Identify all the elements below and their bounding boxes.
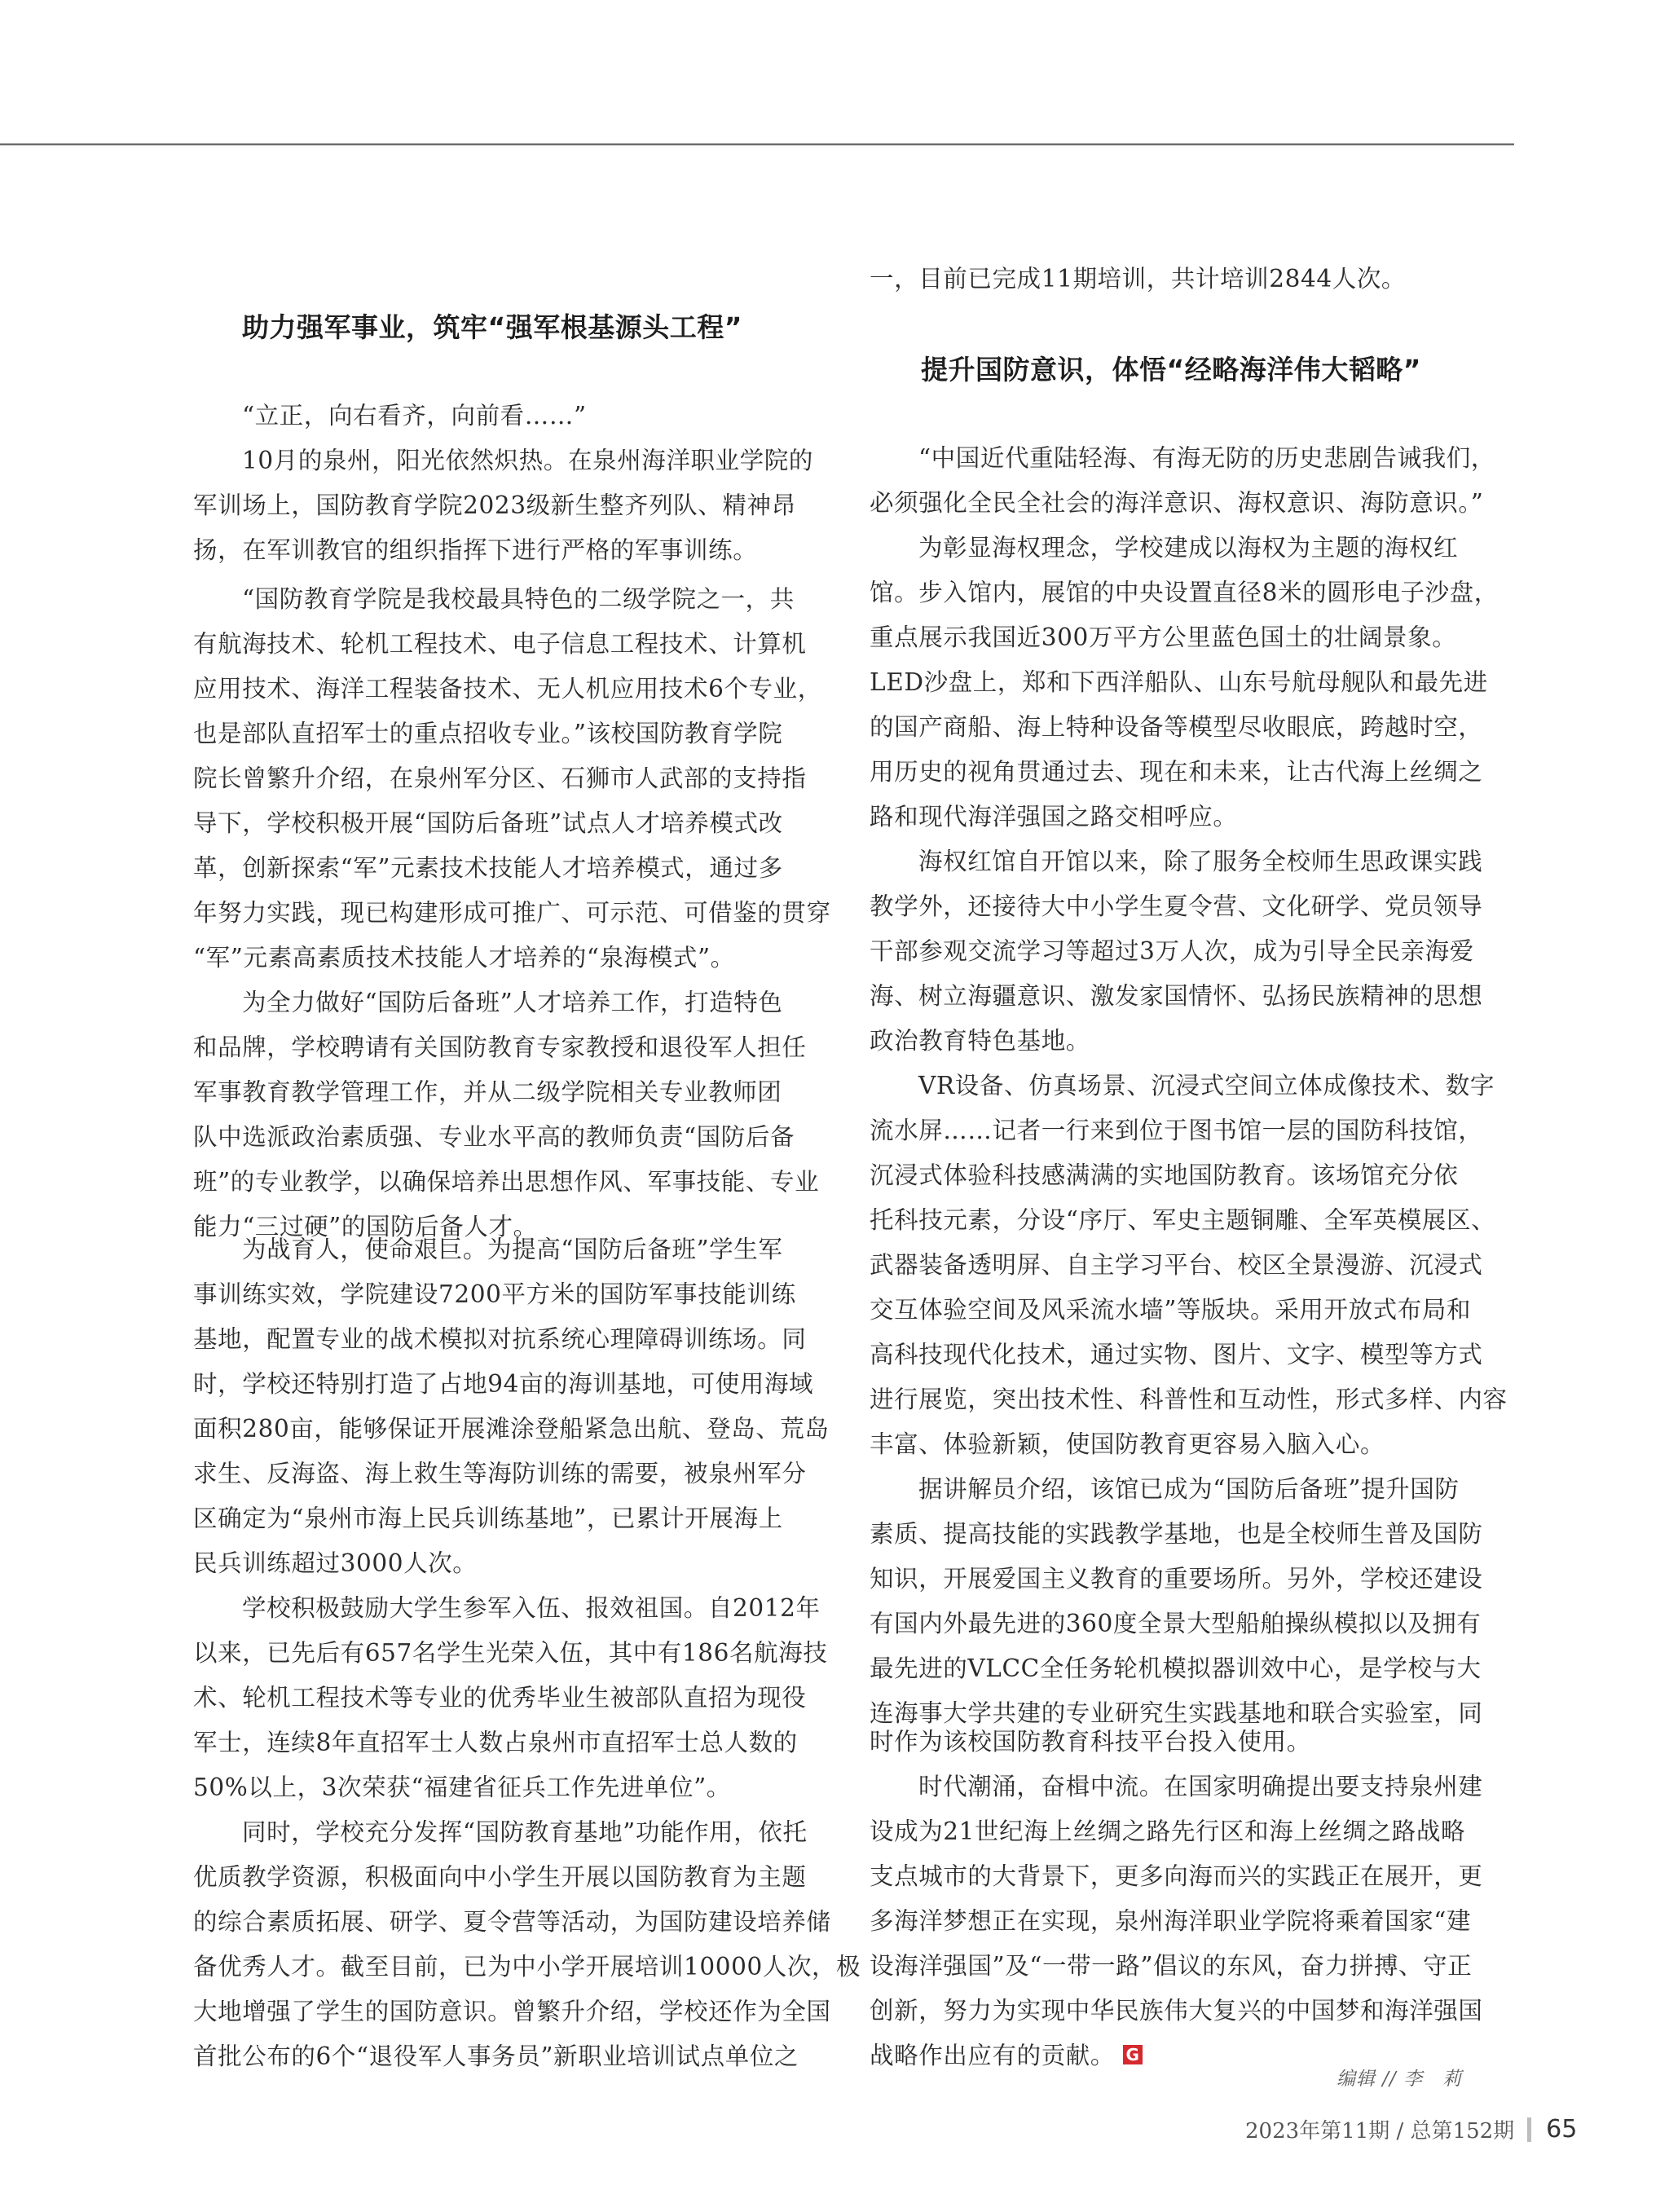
body-line: 术、轮机工程技术等专业的优秀毕业生被部队直招为现役 — [193, 1681, 807, 1714]
body-line: 交互体验空间及风采流水墙”等版块。采用开放式布局和 — [870, 1293, 1471, 1326]
body-line: 首批公布的6个“退役军人事务员”新职业培训试点单位之 — [193, 2040, 799, 2073]
body-line: 馆。步入馆内，展馆的中央设置直径8米的圆形电子沙盘， — [870, 576, 1499, 609]
body-line: 基地，配置专业的战术模拟对抗系统心理障碍训练场。同 — [193, 1323, 807, 1355]
body-line: 设成为21世纪海上丝绸之路先行区和海上丝绸之路战略 — [870, 1815, 1465, 1848]
body-line: 武器装备透明屏、自主学习平台、校区全景漫游、沉浸式 — [870, 1249, 1483, 1281]
body-line: 队中选派政治素质强、专业水平高的教师负责“国防后备 — [193, 1121, 795, 1153]
body-line: 事训练实效，学院建设7200平方米的国防军事技能训练 — [193, 1278, 796, 1311]
body-line: 的综合素质拓展、研学、夏令营等活动，为国防建设培养储 — [193, 1906, 831, 1938]
body-line: 重点展示我国近300万平方公里蓝色国土的壮阔景象。 — [870, 621, 1456, 654]
body-line: 海、树立海疆意识、激发家国情怀、弘扬民族精神的思想 — [870, 980, 1483, 1012]
body-line: “国防教育学院是我校最具特色的二级学院之一，共 — [193, 583, 795, 615]
article-end-mark-icon: G — [1123, 2045, 1143, 2064]
closing-line: 战略作出应有的贡献。G — [870, 2039, 1143, 2072]
body-line: 以来，已先后有657名学生光荣入伍，其中有186名航海技 — [193, 1637, 827, 1669]
body-line: 干部参观交流学习等超过3万人次，成为引导全民亲海爱 — [870, 935, 1474, 967]
body-line: VR设备、仿真场景、沉浸式空间立体成像技术、数字 — [870, 1069, 1495, 1102]
body-line: 和品牌，学校聘请有关国防教育专家教授和退役军人担任 — [193, 1031, 807, 1064]
body-line: 年努力实践，现已构建形成可推广、可示范、可借鉴的贯穿 — [193, 897, 831, 929]
body-line: “军”元素高素质技术技能人才培养的“泉海模式”。 — [193, 941, 735, 974]
body-line: “立正，向右看齐，向前看……” — [193, 399, 587, 432]
body-line: 为全力做好“国防后备班”人才培养工作，打造特色 — [193, 986, 782, 1019]
header-rule — [0, 143, 1514, 145]
body-line: 应用技术、海洋工程装备技术、无人机应用技术6个专业， — [193, 672, 822, 705]
editor-credit: 编辑 // 李 莉 — [1337, 2064, 1462, 2091]
body-line: 革，创新探索“军”元素技术技能人才培养模式，通过多 — [193, 852, 783, 884]
body-line: 海权红馆自开馆以来，除了服务全校师生思政课实践 — [870, 845, 1482, 878]
body-line: 有航海技术、轮机工程技术、电子信息工程技术、计算机 — [193, 628, 807, 660]
body-line: 支点城市的大背景下，更多向海而兴的实践正在展开，更 — [870, 1860, 1483, 1893]
body-line: 时，学校还特别打造了占地94亩的海训基地，可使用海域 — [193, 1368, 813, 1400]
body-line: 路和现代海洋强国之路交相呼应。 — [870, 800, 1238, 833]
body-line: 政治教育特色基地。 — [870, 1024, 1090, 1057]
body-line: 据讲解员介绍，该馆已成为“国防后备班”提升国防 — [870, 1473, 1459, 1505]
body-line: 知识，开展爱国主义教育的重要场所。另外，学校还建设 — [870, 1562, 1483, 1595]
body-line: 院长曾繁升介绍，在泉州军分区、石狮市人武部的支持指 — [193, 762, 807, 795]
body-line: 学校积极鼓励大学生参军入伍、报效祖国。自2012年 — [193, 1592, 821, 1624]
body-line: 有国内外最先进的360度全景大型船舶操纵模拟以及拥有 — [870, 1607, 1481, 1640]
body-line: 50%以上，3次荣获“福建省征兵工作先进单位”。 — [193, 1771, 731, 1804]
body-line: 也是部队直招军士的重点招收专业。”该校国防教育学院 — [193, 717, 782, 750]
body-line: 为战育人，使命艰巨。为提高“国防后备班”学生军 — [193, 1233, 782, 1266]
body-line: 必须强化全民全社会的海洋意识、海权意识、海防意识。” — [870, 487, 1483, 519]
body-line: 进行展览，突出技术性、科普性和互动性，形式多样、内容 — [870, 1383, 1508, 1416]
body-line: 连海事大学共建的专业研究生实践基地和联合实验室，同 — [870, 1697, 1483, 1730]
body-line: 求生、反海盗、海上救生等海防训练的需要，被泉州军分 — [193, 1457, 807, 1490]
body-line: 托科技元素，分设“序厅、军史主题铜雕、全军英模展区、 — [870, 1204, 1495, 1236]
body-line: 素质、提高技能的实践教学基地，也是全校师生普及国防 — [870, 1518, 1483, 1550]
page-number: 65 — [1546, 2115, 1577, 2144]
footer-separator — [1527, 2117, 1531, 2142]
body-line: 导下，学校积极开展“国防后备班”试点人才培养模式改 — [193, 807, 783, 839]
body-line: 丰富、体验新颖，使国防教育更容易入脑入心。 — [870, 1428, 1385, 1461]
page-footer: 2023年第11期 / 总第152期 65 — [1245, 2114, 1577, 2144]
issue-info: 2023年第11期 / 总第152期 — [1245, 2114, 1514, 2144]
body-line: 军士，连续8年直招军士人数占泉州市直招军士总人数的 — [193, 1726, 798, 1759]
body-line: 时作为该校国防教育科技平台投入使用。 — [870, 1725, 1311, 1758]
section-heading-2: 提升国防意识，体悟“经略海洋伟大韬略” — [921, 352, 1421, 388]
body-line: 时代潮涌，奋楫中流。在国家明确提出要支持泉州建 — [870, 1770, 1482, 1803]
body-line: 用历史的视角贯通过去、现在和未来，让古代海上丝绸之 — [870, 756, 1483, 788]
body-line: 的国产商船、海上特种设备等模型尽收眼底，跨越时空， — [870, 711, 1483, 743]
body-line: 流水屏……记者一行来到位于图书馆一层的国防科技馆， — [870, 1114, 1483, 1147]
body-line: 面积280亩，能够保证开展滩涂登船紧急出航、登岛、荒岛 — [193, 1412, 830, 1445]
body-line-text: 战略作出应有的贡献。 — [870, 2042, 1115, 2069]
body-line: 民兵训练超过3000人次。 — [193, 1547, 477, 1580]
body-line: 一，目前已完成11期培训，共计培训2844人次。 — [870, 262, 1406, 295]
body-line: 军事教育教学管理工作，并从二级学院相关专业教师团 — [193, 1076, 782, 1108]
body-line: 扬，在军训教官的组织指挥下进行严格的军事训练。 — [193, 534, 757, 566]
body-line: 同时，学校充分发挥“国防教育基地”功能作用，依托 — [193, 1816, 808, 1848]
section-heading-1: 助力强军事业，筑牢“强军根基源头工程” — [242, 310, 742, 346]
body-line: 班”的专业教学，以确保培养出思想作风、军事技能、专业 — [193, 1165, 819, 1198]
body-line: 最先进的VLCC全任务轮机模拟器训效中心，是学校与大 — [870, 1652, 1482, 1685]
body-line: 设海洋强国”及“一带一路”倡议的东风，奋力拼搏、守正 — [870, 1950, 1472, 1982]
body-line: 多海洋梦想正在实现，泉州海洋职业学院将乘着国家“建 — [870, 1905, 1471, 1937]
body-line: 区确定为“泉州市海上民兵训练基地”，已累计开展海上 — [193, 1502, 783, 1535]
body-line: 教学外，还接待大中小学生夏令营、文化研学、党员领导 — [870, 890, 1483, 923]
body-line: 高科技现代化技术，通过实物、图片、文字、模型等方式 — [870, 1338, 1483, 1371]
body-line: 沉浸式体验科技感满满的实地国防教育。该场馆充分依 — [870, 1159, 1458, 1192]
body-line: 为彰显海权理念，学校建成以海权为主题的海权红 — [870, 531, 1458, 564]
body-line: LED沙盘上，郑和下西洋船队、山东号航母舰队和最先进 — [870, 666, 1488, 698]
body-line: 大地增强了学生的国防意识。曾繁升介绍，学校还作为全国 — [193, 1995, 831, 2028]
body-line: 10月的泉州，阳光依然炽热。在泉州海洋职业学院的 — [193, 444, 813, 477]
body-line: 军训场上，国防教育学院2023级新生整齐列队、精神昂 — [193, 489, 796, 522]
body-line: “中国近代重陆轻海、有海无防的历史悲剧告诫我们， — [870, 442, 1495, 474]
body-line: 备优秀人才。截至目前，已为中小学开展培训10000人次，极 — [193, 1950, 861, 1983]
body-line: 优质教学资源，积极面向中小学生开展以国防教育为主题 — [193, 1861, 807, 1893]
body-line: 创新，努力为实现中华民族伟大复兴的中国梦和海洋强国 — [870, 1994, 1483, 2027]
